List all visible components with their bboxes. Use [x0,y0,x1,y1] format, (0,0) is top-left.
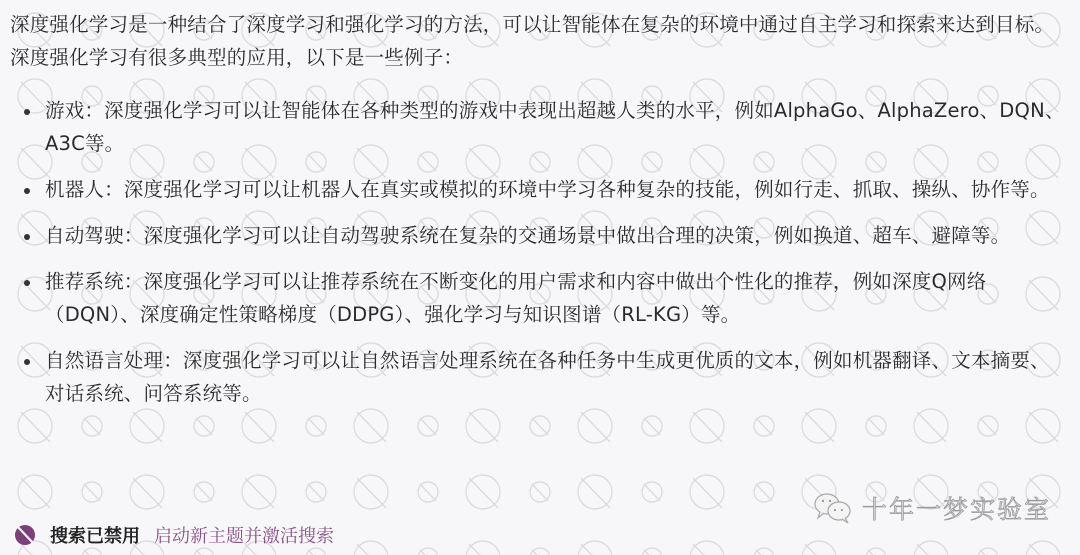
wechat-account-watermark: 十年一梦实验室 [812,490,1051,526]
bullet-icon [24,359,30,365]
list-item-text: 推荐系统：深度强化学习可以让推荐系统在不断变化的用户需求和内容中做出个性化的推荐… [45,270,986,326]
list-item-text: 自然语言处理：深度强化学习可以让自然语言处理系统在各种任务中生成更优质的文本，例… [45,349,1050,405]
search-status-bar: 搜索已禁用 启动新主题并激活搜索 [14,522,334,548]
wechat-account-name: 十年一梦实验室 [862,490,1051,526]
list-item-text: 自动驾驶：深度强化学习可以让自动驾驶系统在复杂的交通场景中做出合理的决策，例如换… [45,224,1010,247]
examples-list: 游戏：深度强化学习可以让智能体在各种类型的游戏中表现出超越人类的水平，例如Alp… [10,94,1066,410]
search-disabled-icon [14,524,36,546]
list-item-games: 游戏：深度强化学习可以让智能体在各种类型的游戏中表现出超越人类的水平，例如Alp… [10,94,1066,160]
bullet-icon [24,109,30,115]
intro-paragraph: 深度强化学习是一种结合了深度学习和强化学习的方法，可以让智能体在复杂的环境中通过… [10,8,1066,74]
list-item-text: 游戏：深度强化学习可以让智能体在各种类型的游戏中表现出超越人类的水平，例如Alp… [45,99,1065,155]
list-item-recommendation: 推荐系统：深度强化学习可以让推荐系统在不断变化的用户需求和内容中做出个性化的推荐… [10,265,1066,331]
wechat-icon [812,491,854,525]
list-item-nlp: 自然语言处理：深度强化学习可以让自然语言处理系统在各种任务中生成更优质的文本，例… [10,344,1066,410]
bullet-icon [24,280,30,286]
bullet-icon [24,188,30,194]
list-item-robotics: 机器人：深度强化学习可以让机器人在真实或模拟的环境中学习各种复杂的技能，例如行走… [10,173,1066,206]
list-item-autonomous-driving: 自动驾驶：深度强化学习可以让自动驾驶系统在复杂的交通场景中做出合理的决策，例如换… [10,219,1066,252]
bullet-icon [24,234,30,240]
chat-response: 深度强化学习是一种结合了深度学习和强化学习的方法，可以让智能体在复杂的环境中通过… [0,8,1080,410]
search-disabled-label: 搜索已禁用 [50,522,140,548]
list-item-text: 机器人：深度强化学习可以让机器人在真实或模拟的环境中学习各种复杂的技能，例如行走… [45,178,1050,201]
start-new-topic-link[interactable]: 启动新主题并激活搜索 [154,522,334,548]
